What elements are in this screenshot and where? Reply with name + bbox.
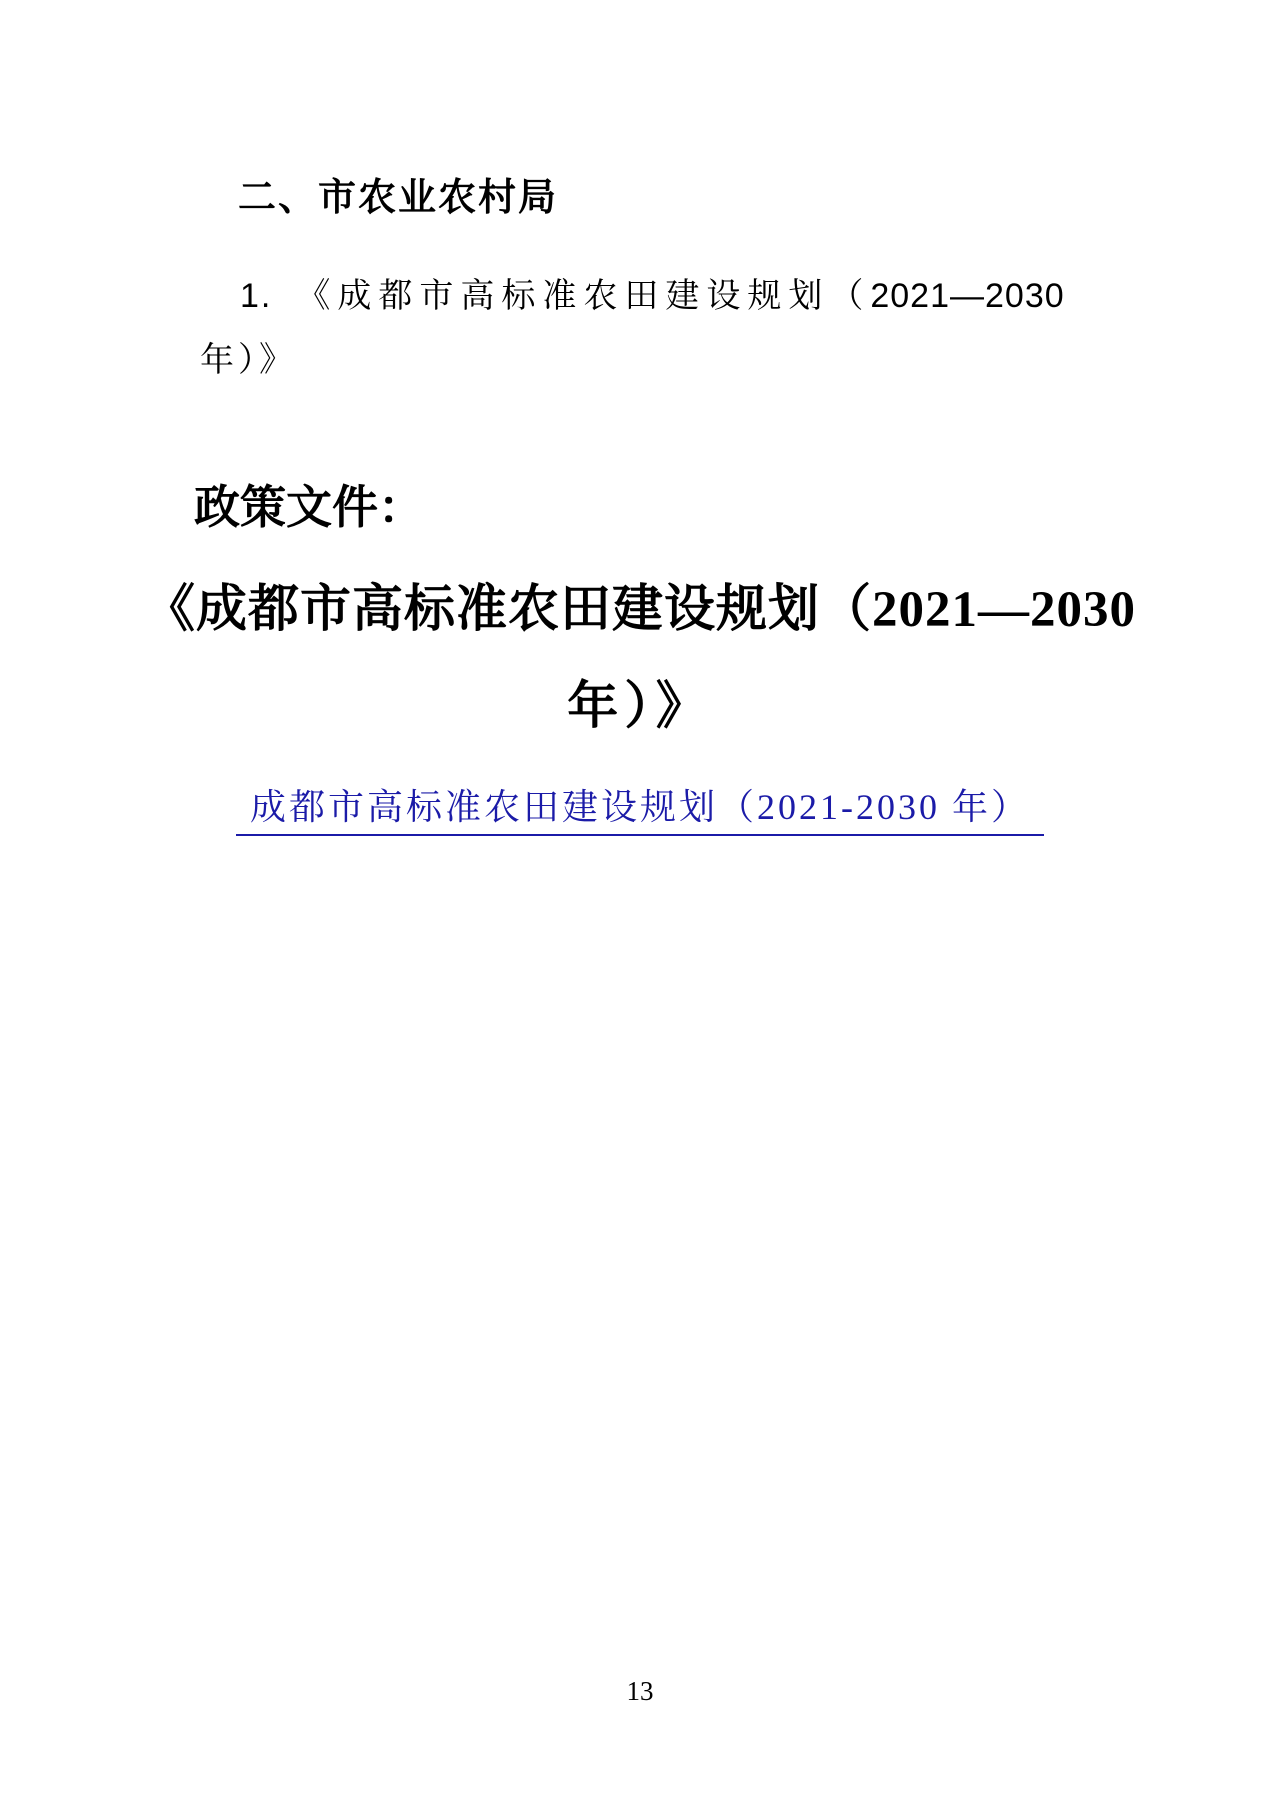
item-paragraph-line1: 1.《成都市高标准农田建设规划（2021—2030 bbox=[240, 274, 1065, 320]
policy-files-label: 政策文件： bbox=[194, 480, 424, 535]
link-row: 成都市高标准农田建设规划（2021-2030 年） bbox=[0, 784, 1280, 836]
item-title-text: 《成都市高标准农田建设规划（ bbox=[296, 277, 870, 315]
section-heading: 二、市农业农村局 bbox=[238, 176, 558, 222]
item-number: 1. bbox=[240, 277, 272, 315]
policy-document-link[interactable]: 成都市高标准农田建设规划（2021-2030 年） bbox=[236, 784, 1044, 836]
policy-title: 《成都市高标准农田建设规划（2021—2030 年）》 bbox=[0, 576, 1280, 742]
page-number: 13 bbox=[0, 1676, 1280, 1707]
policy-title-line1: 《成都市高标准农田建设规划（2021—2030 bbox=[0, 576, 1280, 645]
item-paragraph-line2: 年）》 bbox=[200, 338, 297, 384]
item-title-years: 2021—2030 bbox=[870, 277, 1064, 315]
policy-title-line2: 年）》 bbox=[0, 673, 1280, 742]
document-page: 二、市农业农村局 1.《成都市高标准农田建设规划（2021—2030 年）》 政… bbox=[0, 0, 1280, 1810]
